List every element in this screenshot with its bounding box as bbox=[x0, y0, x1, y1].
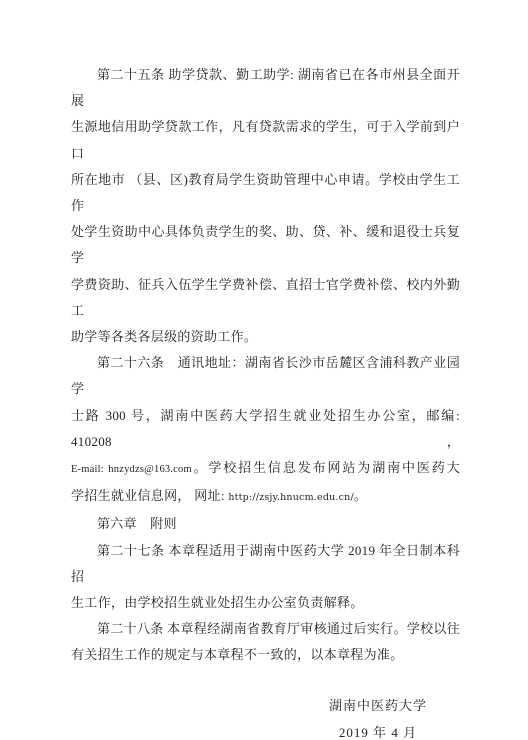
doc-line-article-27: 第二十七条 本章程适用于湖南中医药大学 2019 年全日制本科招 bbox=[71, 538, 460, 590]
signature-block: 湖南中医药大学 2019 年 4 月 bbox=[293, 692, 463, 740]
doc-line: 学费资助、征兵入伍学生学费补偿、直招士官学费补偿、校内外勤工 bbox=[71, 272, 460, 324]
doc-line: 有关招生工作的规定与本章程不一致的，以本章程为准。 bbox=[71, 642, 460, 668]
doc-line: 学招生就业信息网， 网址: http://zsjy.hnucm.edu.cn/。 bbox=[71, 483, 460, 511]
doc-line-article-26: 第二十六条 通讯地址：湖南省长沙市岳麓区含浦科教产业园学 bbox=[71, 350, 460, 402]
signature-date: 2019 年 4 月 bbox=[293, 719, 463, 740]
doc-line: E-mail: hnzydzs@163.com。学校招生信息发布网站为湖南中医药… bbox=[71, 455, 460, 483]
doc-line-text: 学招生就业信息网， 网址: bbox=[71, 488, 228, 503]
signature-org: 湖南中医药大学 bbox=[293, 692, 463, 719]
doc-line-text: 。学校招生信息发布网站为湖南中医药大 bbox=[192, 460, 460, 475]
doc-line-article-28: 第二十八条 本章程经湖南省教育厅审核通过后实行。学校以往 bbox=[71, 616, 460, 642]
email-text: E-mail: hnzydzs@163.com bbox=[71, 464, 192, 475]
doc-line-article-25: 第二十五条 助学贷款、勤工助学: 湖南省已在各市州县全面开展 bbox=[71, 62, 460, 114]
doc-line: 所在地市 （县、区)教育局学生资助管理中心申请。学校由学生工作 bbox=[71, 167, 460, 219]
document-page: 第二十五条 助学贷款、勤工助学: 湖南省已在各市州县全面开展 生源地信用助学贷款… bbox=[0, 0, 528, 740]
doc-line: 助学等各类各层级的资助工作。 bbox=[71, 324, 460, 350]
doc-line: 处学生资助中心具体负责学生的奖、助、贷、补、缓和退役士兵复学 bbox=[71, 219, 460, 271]
chapter-6-heading: 第六章 附则 bbox=[71, 511, 460, 537]
website-url: http://zsjy.hnucm.edu.cn/ bbox=[228, 492, 354, 503]
doc-line: 士路 300 号，湖南中医药大学招生就业处招生办公室，邮编: 410208， bbox=[71, 403, 460, 455]
doc-line-text: 。 bbox=[354, 488, 367, 503]
document-body: 第二十五条 助学贷款、勤工助学: 湖南省已在各市州县全面开展 生源地信用助学贷款… bbox=[71, 62, 460, 740]
doc-line: 生源地信用助学贷款工作，凡有贷款需求的学生，可于入学前到户口 bbox=[71, 114, 460, 166]
doc-line: 生工作，由学校招生就业处招生办公室负责解释。 bbox=[71, 590, 460, 616]
